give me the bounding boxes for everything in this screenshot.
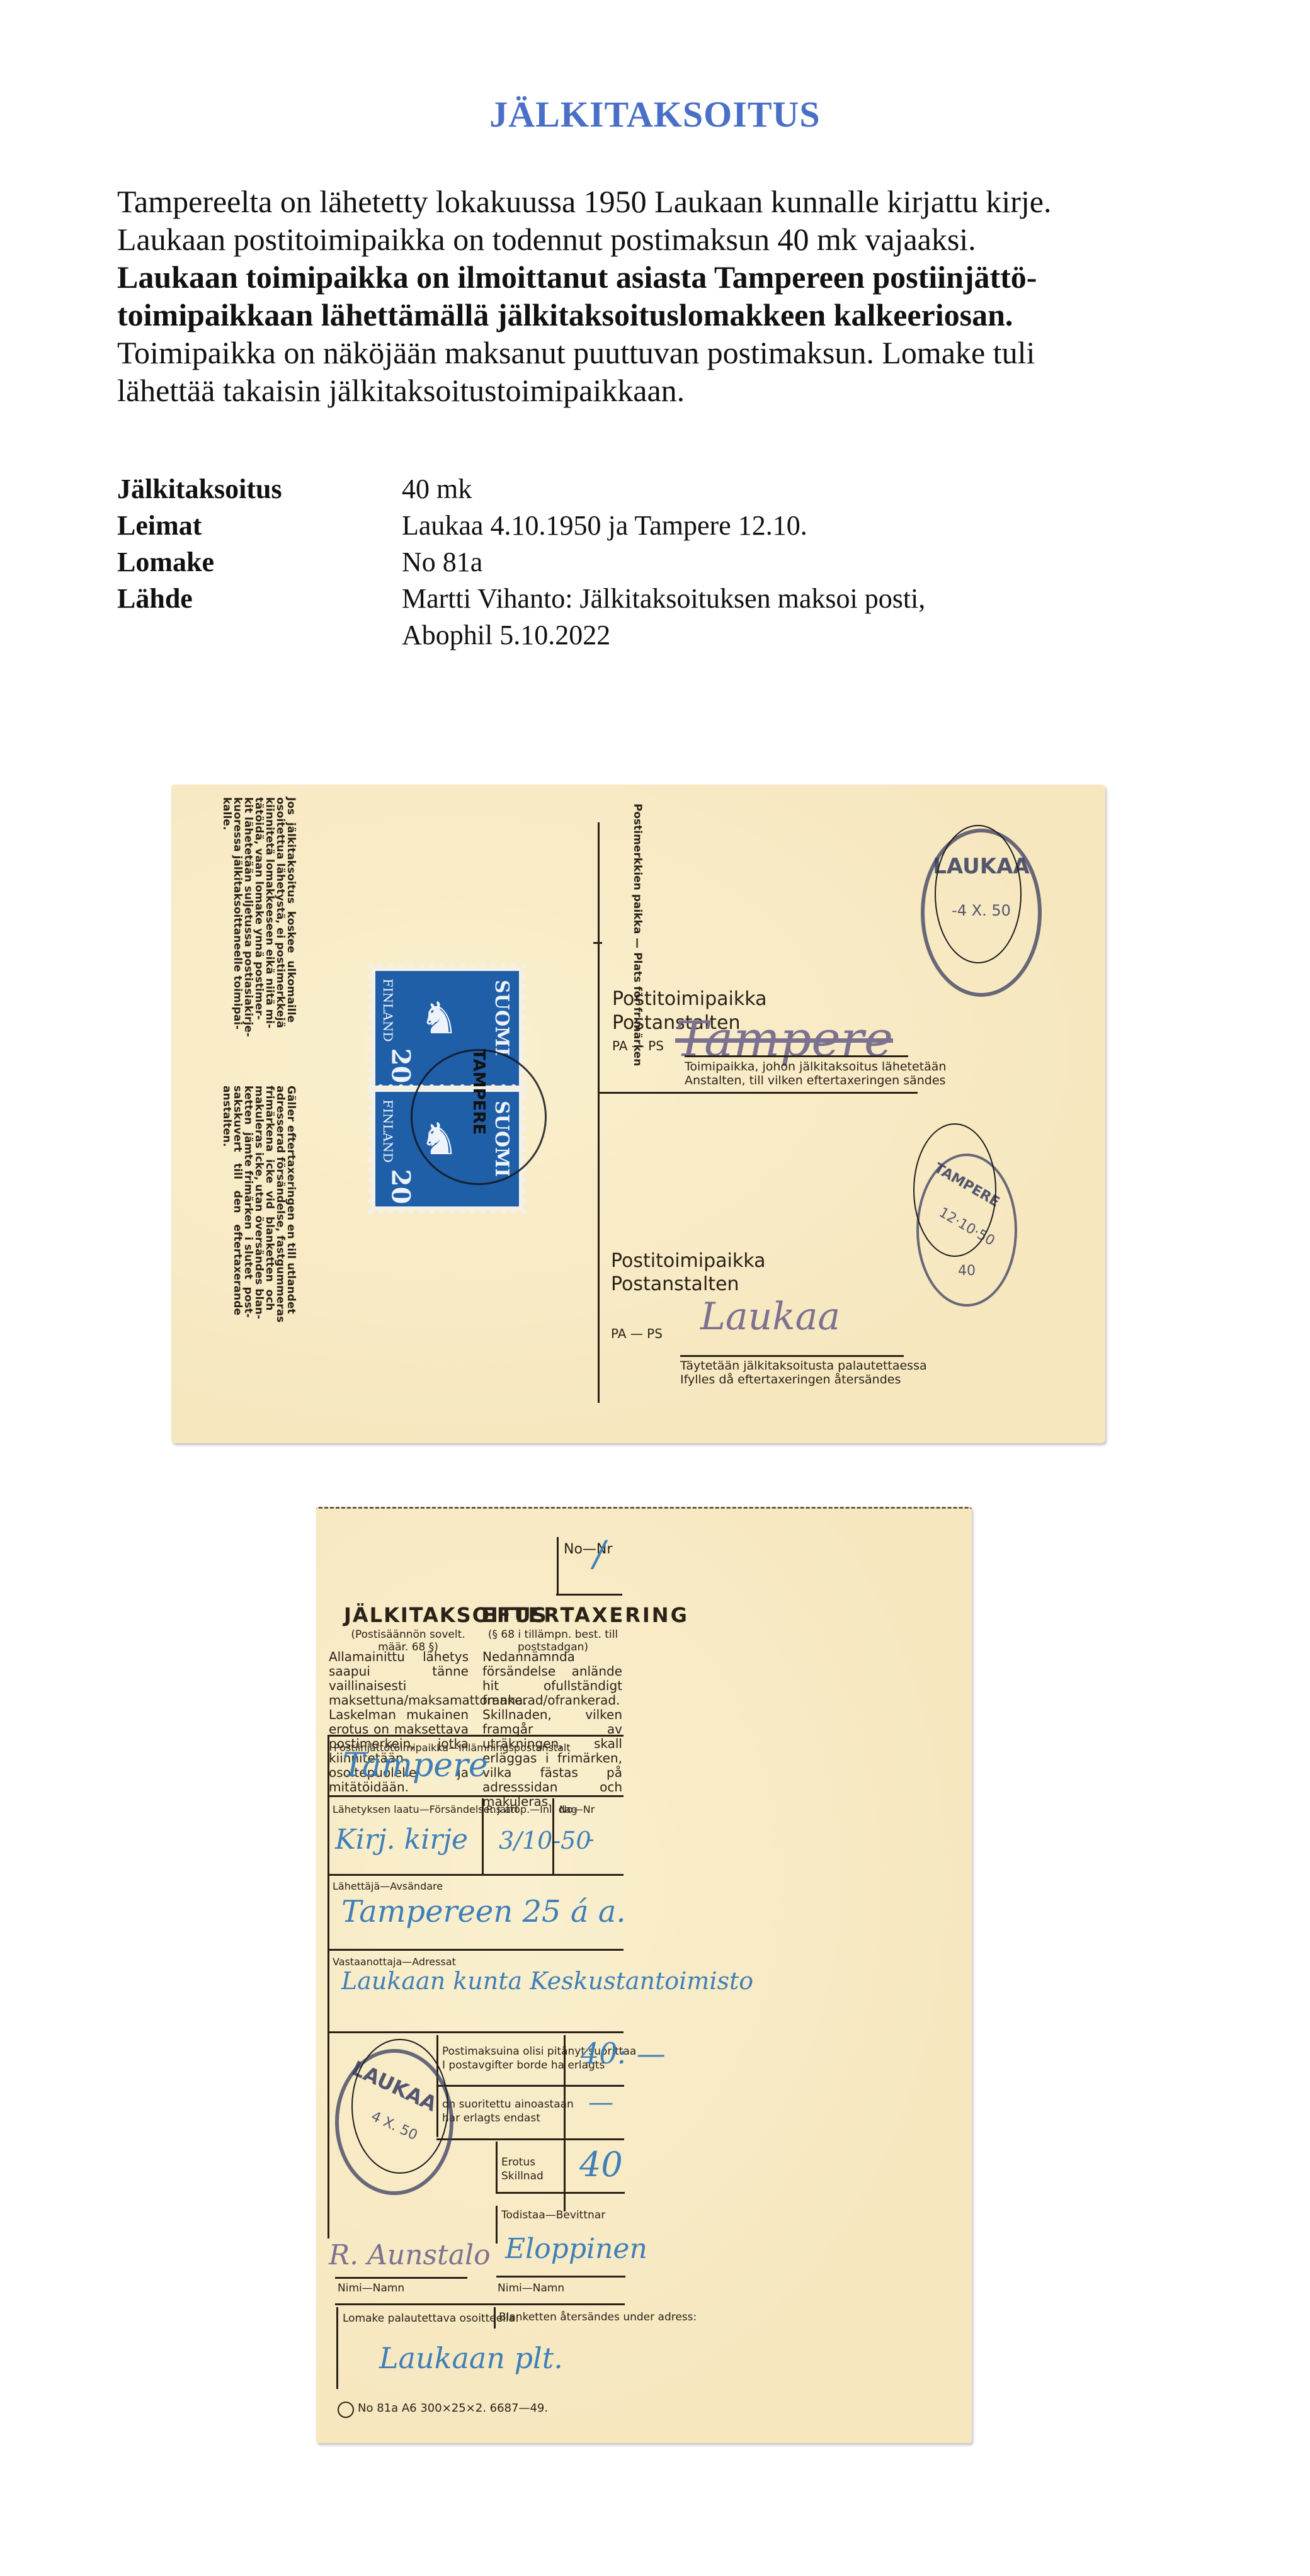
intro-line: Toimipaikka on näköjään maksanut puuttuv… [117, 334, 1200, 372]
intro-line: Tampereelta on lähetetty lokakuussa 1950… [117, 183, 1200, 220]
divider [327, 1735, 329, 2238]
divider [556, 1594, 622, 1596]
stamp-value: 20 [385, 1048, 415, 1084]
heading-sv: EFTERTAXERING [481, 1603, 625, 1627]
return-address-value: Laukaan plt. [379, 2341, 563, 2375]
intro-line: lähettää takaisin jälkitaksoitustoimipai… [117, 372, 1200, 409]
fact-label: Lomake [117, 544, 402, 581]
return-label-fi: Lomake palautettava osoitteella: [343, 2312, 519, 2325]
paid-sv: har erlagts endast [442, 2112, 540, 2125]
instructions-fi: Jos jälkitaksoitus koskee ulkomaille oso… [221, 797, 296, 1037]
registration-ring [351, 2039, 448, 2174]
body-sv: Nedannämnda försändelse anlände hit oful… [482, 1650, 622, 1809]
divider [496, 2142, 498, 2192]
witness-label: Todistaa—Bevittnar [501, 2209, 605, 2221]
caption-sv: Ifylles då eftertaxeringen återsändes [680, 1373, 901, 1387]
stamp-country-sv: FINLAND [380, 979, 396, 1042]
no-value: / [593, 1534, 605, 1575]
divider [335, 2303, 625, 2305]
divider [496, 2206, 498, 2244]
divider [327, 1735, 624, 1737]
divider [685, 1055, 908, 1057]
return-label-sv: Blanketten återsändes under adress: [499, 2311, 697, 2324]
divider [336, 2307, 338, 2389]
page-title: JÄLKITAKSOITUS [0, 93, 1310, 135]
divider [438, 2085, 624, 2087]
tampere-cancel-postmark: TAMPERE [411, 1049, 547, 1185]
fact-value: Martti Vihanto: Jälkitaksoituksen maksoi… [402, 581, 925, 617]
office-label-sv: Postanstalten [611, 1273, 739, 1297]
intro-bold-line: toimipaikkaan lähettämällä jälkitaksoitu… [117, 296, 1200, 334]
registration-ring [913, 1123, 996, 1257]
divider [436, 2138, 624, 2140]
item-number-label: No—Nr [559, 1803, 595, 1815]
fact-value: 40 mk [402, 471, 472, 508]
caption-fi: Toimipaikka, johon jälkitaksoitus lähete… [685, 1060, 946, 1074]
sender-value: Tampereen 25 á a. [341, 1894, 626, 1929]
divider [593, 942, 602, 944]
intro-text: Tampereelta on lähetetty lokakuussa 1950… [117, 183, 1200, 409]
divider [327, 1874, 624, 1876]
form-front-card: No—Nr / JÄLKITAKSOITUS (Postisäännön sov… [316, 1507, 972, 2443]
handwritten-office: Laukaa [700, 1295, 840, 1339]
divider [482, 1798, 484, 1874]
posting-date-value: 3/10-50 [499, 1827, 591, 1854]
paid-value: — [588, 2088, 613, 2117]
name-label-left: Nimi—Namn [338, 2282, 404, 2295]
sender-label: Lähettäjä—Avsändare [333, 1880, 443, 1892]
divider [335, 2277, 467, 2279]
intro-bold-line: Laukaan toimipaikka on ilmoittanut asias… [117, 258, 1200, 296]
fact-label: Jälkitaksoitus [117, 471, 402, 508]
divider [327, 2031, 624, 2033]
fact-label [117, 617, 402, 654]
fact-value: Laukaa 4.10.1950 ja Tampere 12.10. [402, 508, 807, 544]
fact-label: Lähde [117, 581, 402, 617]
paid-fi: on suoritettu ainoastaan [442, 2098, 574, 2111]
heading-fi: JÄLKITAKSOITUS [344, 1603, 476, 1627]
instructions-sv: Gäller eftertaxeringen en till utlandet … [221, 1086, 296, 1322]
divider [552, 1798, 554, 1874]
difference-sv: Skillnad [501, 2170, 544, 2182]
witness-signature: Eloppinen [505, 2233, 647, 2265]
divider [496, 2192, 625, 2194]
fact-row: Leimat Laukaa 4.10.1950 ja Tampere 12.10… [117, 508, 925, 544]
caption-fi: Täytetään jälkitaksoitusta palautettaess… [680, 1359, 927, 1373]
posting-office-value: Tampere [343, 1747, 488, 1784]
office-label-fi: Postitoimipaikka [612, 987, 766, 1011]
item-number-value: - [587, 1827, 595, 1852]
fact-row: Lähde Martti Vihanto: Jälkitaksoituksen … [117, 581, 925, 617]
divider [600, 1092, 918, 1094]
caption-sv: Anstalten, till vilken eftertaxeringen s… [685, 1074, 945, 1087]
divider [598, 822, 600, 1403]
name-label-right: Nimi—Namn [498, 2282, 564, 2295]
fact-value: Abophil 5.10.2022 [402, 617, 610, 654]
should-have-paid-value: 40: — [581, 2036, 666, 2070]
recipient-label: Vastaanottaja—Adressat [333, 1956, 456, 1968]
divider [496, 2276, 625, 2278]
lion-emblem-icon: ♞ [419, 996, 459, 1040]
pa-ps-label: PA — PS [612, 1038, 664, 1053]
difference-fi: Erotus [501, 2156, 535, 2169]
official-signature: R. Aunstalo [329, 2239, 491, 2271]
fact-label: Leimat [117, 508, 402, 544]
fact-row: Jälkitaksoitus 40 mk [117, 471, 925, 508]
pa-ps-label: PA — PS [611, 1326, 663, 1341]
form-code: No 81a A6 300×25×2. 6687—49. [358, 2402, 548, 2415]
fact-row: Lomake No 81a [117, 544, 925, 581]
office-label-fi: Postitoimipaikka [611, 1249, 765, 1273]
form-back-card: Jos jälkitaksoitus koskee ulkomaille oso… [171, 785, 1105, 1443]
divider [327, 1949, 624, 1951]
divider [680, 1355, 904, 1357]
registration-ring [935, 825, 1022, 963]
stamp-country-sv: FINLAND [380, 1099, 396, 1163]
fact-row: Abophil 5.10.2022 [117, 617, 925, 654]
printer-logo-icon [338, 2402, 354, 2418]
stamp-country: SUOMI [491, 980, 513, 1056]
fact-value: No 81a [402, 544, 482, 581]
divider [327, 1795, 624, 1797]
divider [557, 1537, 559, 1595]
stamp-value: 20 [385, 1169, 415, 1205]
recipient-value: Laukaan kunta Keskustantoimisto [341, 1967, 753, 1995]
facts-table: Jälkitaksoitus 40 mk Leimat Laukaa 4.10.… [117, 471, 925, 654]
item-type-value: Kirj. kirje [335, 1824, 468, 1856]
difference-value: 40 [579, 2145, 623, 2184]
intro-line: Laukaan postitoimipaikka on todennut pos… [117, 220, 1200, 258]
